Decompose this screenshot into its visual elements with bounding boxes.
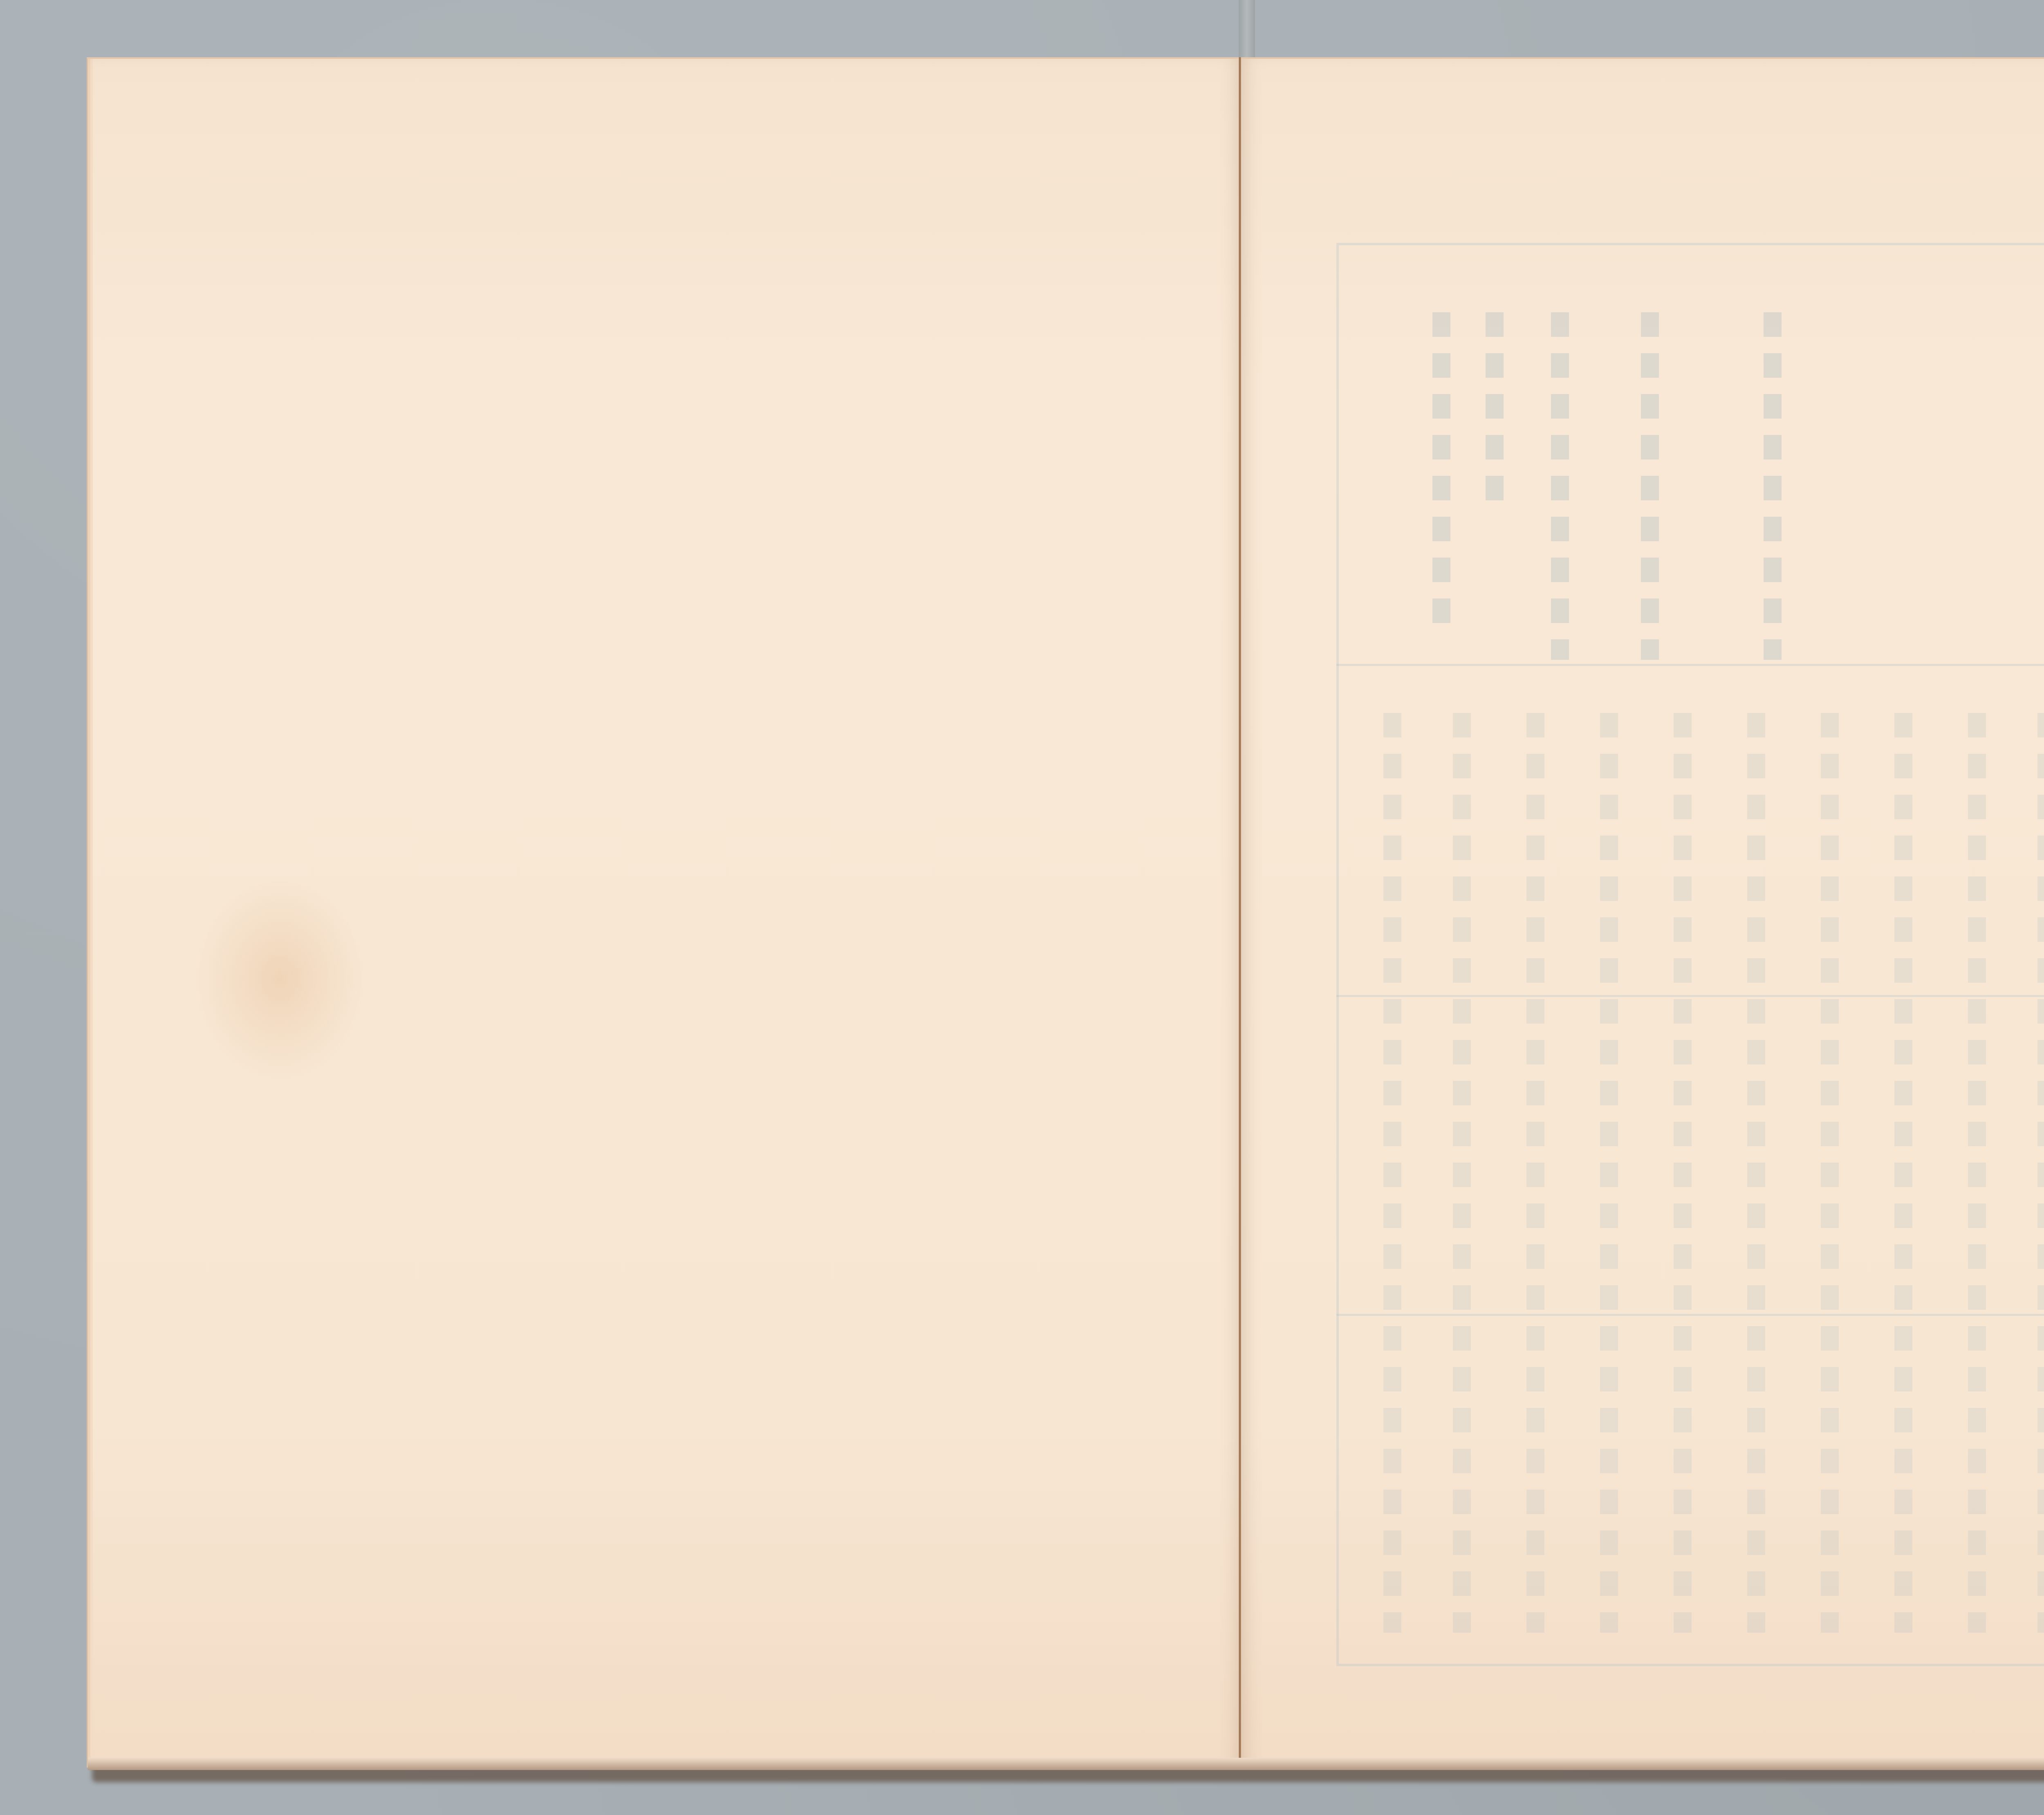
show-through-text-column [2037, 713, 2044, 1633]
show-through-text-column [1821, 713, 1839, 1633]
show-through-text-column [1551, 312, 1569, 660]
right-page [1240, 57, 2044, 1768]
show-through-text-column [1432, 312, 1450, 639]
paper-stain [194, 876, 366, 1081]
left-page [87, 57, 1242, 1768]
page-block-edge [88, 1758, 2044, 1770]
show-through-text-column [1486, 312, 1504, 517]
show-through-text-column [1674, 713, 1692, 1633]
show-through-text-column [1526, 713, 1544, 1633]
show-through-text-column [1968, 713, 1986, 1633]
show-through-rule [1336, 664, 2044, 666]
book-gutter [1239, 57, 1241, 1766]
show-through-text-column [1383, 713, 1401, 1633]
show-through-text-column [1453, 713, 1471, 1633]
show-through-text-column [1764, 312, 1782, 660]
show-through-text-column [1747, 713, 1765, 1633]
binding-strap [1239, 0, 1255, 57]
show-through-text-column [1641, 312, 1659, 660]
show-through-text-column [1894, 713, 1912, 1633]
show-through-text-column [1600, 713, 1618, 1633]
